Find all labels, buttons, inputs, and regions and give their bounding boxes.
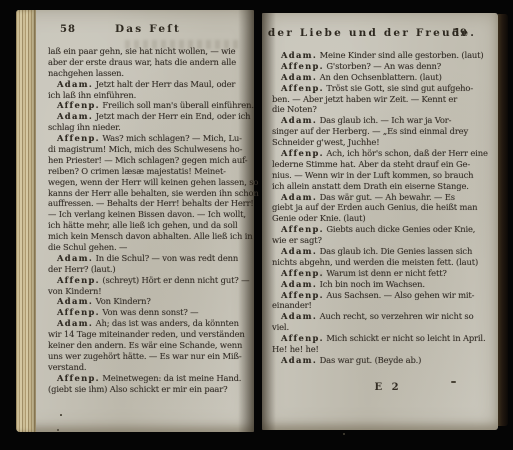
text-line: viel. [272, 322, 472, 333]
text-line: Affenp. G'storben? — An was denn? [272, 61, 472, 72]
text-line: singer auf der Herberg. — „Es sind einma… [272, 126, 472, 137]
text-line: Adam. Von Kindern? [48, 296, 248, 307]
page-number: 58 [60, 24, 76, 35]
left-page-text: laß ein paar gehn, sie hat nicht wollen,… [48, 46, 248, 395]
text-line: keiner den andern. Es wär eine Schande, … [48, 340, 248, 351]
speaker-name: Adam. [281, 50, 317, 60]
left-page-surface: 58 Das Feſt laß ein paar gehn, sie hat n… [16, 10, 254, 432]
text-line: verstand. [48, 362, 248, 373]
text-line: Affenp. Giebts auch dicke Genies oder Kn… [272, 224, 472, 235]
right-page-text: Adam. Meine Kinder sind alle gestorben. … [272, 50, 472, 366]
text-line: die Schul gehen. — [48, 242, 248, 253]
text-line: (giebt sie ihm) Also schickt er mir ein … [48, 384, 248, 395]
speaker-name: Affenp. [57, 307, 100, 317]
text-line: Affenp. Freilich soll man's überall einf… [48, 100, 248, 111]
speaker-name: Adam. [281, 115, 317, 125]
text-line: Adam. Auch recht, so verzehren wir nicht… [272, 311, 472, 322]
text-line: ich hätte mehr, alle ließ ich gehen, und… [48, 220, 248, 231]
text-line: Affenp. Tröst sie Gott, sie sind gut auf… [272, 83, 472, 94]
book-photo: 58 Das Feſt laß ein paar gehn, sie hat n… [0, 0, 513, 450]
text-line: von Kindern! [48, 286, 248, 297]
paper-speck [57, 429, 59, 431]
speaker-name: Adam. [281, 192, 317, 202]
paper-speck [451, 381, 456, 383]
text-line: ben. — Aber jetzt haben wir Zeit. — Kenn… [272, 94, 472, 105]
text-line: Affenp. Von was denn sonst? — [48, 307, 248, 318]
text-line: Affenp. Ach, ich hör's schon, daß der He… [272, 148, 472, 159]
text-line: Affenp. Aus Sachsen. — Also gehen wir mi… [272, 290, 472, 301]
text-line: laß ein paar gehn, sie hat nicht wollen,… [48, 46, 248, 57]
speaker-name: Affenp. [281, 268, 324, 278]
speaker-name: Affenp. [281, 83, 324, 93]
right-page-header: der Liebe und der Freude. 59 [272, 27, 472, 42]
text-line: Adam. Das wär gut. — Ah bewahr. — Es [272, 192, 472, 203]
text-line: nichts abgehn, und werden die meisten fe… [272, 257, 472, 268]
speaker-name: Affenp. [281, 224, 324, 234]
text-line: Affenp. (schreyt) Hört er denn nicht gut… [48, 275, 248, 286]
text-line: Adam. An den Ochsenblattern. (laut) [272, 72, 472, 83]
speaker-name: Adam. [281, 72, 317, 82]
text-line: Adam. Das war gut. (Beyde ab.) [272, 355, 472, 366]
text-line: Affenp. Warum ist denn er nicht fett? [272, 268, 472, 279]
text-line: Adam. Meine Kinder sind alle gestorben. … [272, 50, 472, 61]
text-line: ich allein anstatt dem Drath ein eiserne… [272, 181, 472, 192]
running-title: Das Feſt [115, 23, 181, 35]
text-line: di magistrum! Mich, mich des Schulwesens… [48, 144, 248, 155]
text-line: ich laß ihn einführen. [48, 90, 248, 101]
speaker-name: Adam. [57, 296, 93, 306]
speaker-name: Adam. [281, 246, 317, 256]
text-line: einander! [272, 300, 472, 311]
page-number: 59 [452, 28, 468, 39]
speaker-name: Adam. [281, 355, 317, 365]
speaker-name: Affenp. [57, 373, 100, 383]
speaker-name: Affenp. [281, 148, 324, 158]
speaker-name: Affenp. [57, 100, 100, 110]
text-line: Affenp. Was? mich schlagen? — Mich, Lu- [48, 133, 248, 144]
text-line: die Noten? [272, 104, 472, 115]
text-line: hen Priester! — Mich schlagen? gegen mic… [48, 155, 248, 166]
text-line: Adam. Jetzt halt der Herr das Maul, oder [48, 79, 248, 90]
text-line: Genie oder Knie. (laut) [272, 213, 472, 224]
text-line: wie er sagt? [272, 235, 472, 246]
paper-speck [343, 433, 345, 435]
speaker-name: Adam. [57, 111, 93, 121]
text-line: Schneider g'west, Juchhe! [272, 137, 472, 148]
speaker-name: Affenp. [281, 290, 324, 300]
left-page: 58 Das Feſt laß ein paar gehn, sie hat n… [16, 10, 254, 432]
text-line: kanns der Herr alle behalten, sie werden… [48, 188, 248, 199]
text-line: aber der erste draus war, hats die ander… [48, 57, 248, 68]
text-line: He! he! he! [272, 344, 472, 355]
book-fore-edge [498, 14, 508, 426]
right-page-surface: der Liebe und der Freude. 59 Adam. Meine… [262, 13, 498, 430]
text-line: Adam. Jetzt mach der Herr ein End, oder … [48, 111, 248, 122]
signature-mark: E 2 [288, 382, 488, 393]
text-line: lederne Stimme hat. Aber da steht drauf … [272, 159, 472, 170]
text-line: Adam. Ah; das ist was anders, da könnten [48, 318, 248, 329]
speaker-name: Affenp. [281, 333, 324, 343]
speaker-name: Affenp. [57, 275, 100, 285]
text-line: giebt ja auf der Erden auch Genius, die … [272, 202, 472, 213]
text-line: wegen, wenn der Herr will keinen gehen l… [48, 177, 248, 188]
text-line: uns wer zugehört hätte. — Es war nur ein… [48, 351, 248, 362]
speaker-name: Adam. [57, 318, 93, 328]
running-title: der Liebe und der Freude. [268, 27, 476, 39]
text-line: Adam. Das glaub ich. — Ich war ja Vor- [272, 115, 472, 126]
text-line: Adam. Ich bin noch im Wachsen. [272, 279, 472, 290]
text-line: Adam. Das glaub ich. Die Genies lassen s… [272, 246, 472, 257]
text-line: mich kein Mensch davon abhalten. Alle li… [48, 231, 248, 242]
text-line: nius. — Wenn wir in der Luft kommen, so … [272, 170, 472, 181]
right-page: der Liebe und der Freude. 59 Adam. Meine… [262, 13, 498, 430]
paper-speck [60, 414, 62, 416]
text-line: reiben? O crimen læsæ majestatis! Meinet… [48, 166, 248, 177]
speaker-name: Adam. [281, 311, 317, 321]
text-line: — Ich verlang keinen Bissen davon. — Ich… [48, 209, 248, 220]
speaker-name: Adam. [57, 79, 93, 89]
text-line: Affenp. Mich schickt er nicht so leicht … [272, 333, 472, 344]
speaker-name: Affenp. [281, 61, 324, 71]
text-line: der Herr? (laut.) [48, 264, 248, 275]
text-line: nachgehen lassen. [48, 68, 248, 79]
speaker-name: Adam. [57, 253, 93, 263]
text-line: auffressen. — Behalts der Herr! behalts … [48, 198, 248, 209]
speaker-name: Adam. [281, 279, 317, 289]
left-page-header: 58 Das Feſt [48, 23, 248, 38]
speaker-name: Affenp. [57, 133, 100, 143]
text-line: wir 14 Tage miteinander reden, und verst… [48, 329, 248, 340]
text-line: Adam. In die Schul? — von was redt denn [48, 253, 248, 264]
text-line: Affenp. Meinetwegen: da ist meine Hand. [48, 373, 248, 384]
text-line: schlag ihn nieder. [48, 122, 248, 133]
